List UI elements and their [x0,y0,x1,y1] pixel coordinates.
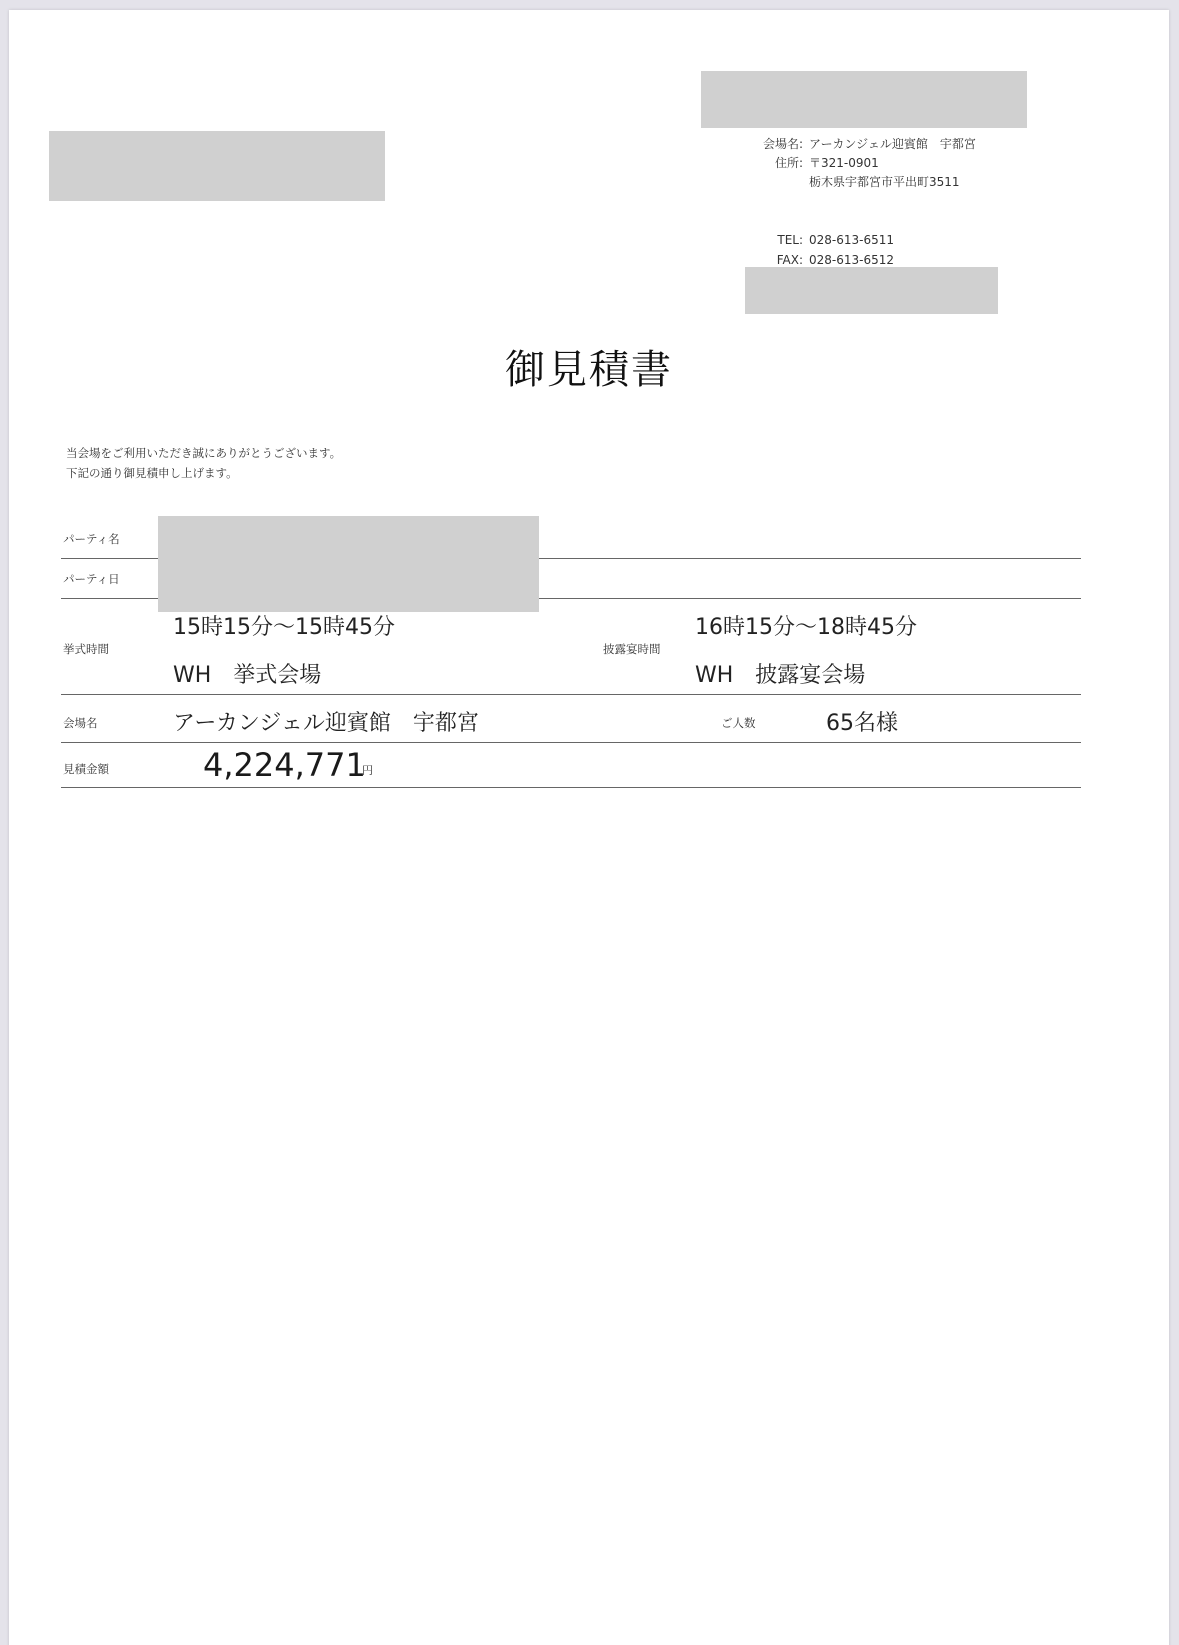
greeting-line-2: 下記の通り御見積申し上げます。 [66,463,341,483]
party-name-label: パーティ名 [63,531,120,547]
document-title: 御見積書 [9,338,1169,395]
redacted-customer-block [49,131,385,201]
guests-value: 65名様 [826,706,898,737]
redacted-logo-block [701,71,1027,128]
greeting-line-1: 当会場をご利用いただき誠にありがとうございます。 [66,443,341,463]
guests-label: ご人数 [721,715,756,731]
tel-value: 028-613-6511 [809,230,894,250]
divider [61,742,1081,743]
estimate-page: 会場名: アーカンジェル迎賓館 宇都宮 住所: 〒321-0901 栃木県宇都宮… [9,10,1169,1645]
address-label: 住所: [723,154,809,173]
greeting: 当会場をご利用いただき誠にありがとうございます。 下記の通り御見積申し上げます。 [66,443,341,483]
estimate-amount: 4,224,771 [203,746,366,784]
redacted-party-info [158,516,539,612]
venue-name-value: アーカンジェル迎賓館 宇都宮 [809,135,976,154]
fax-value: 028-613-6512 [809,250,894,270]
venue-name-label: 会場名: [723,135,809,154]
divider [61,787,1081,788]
address-value: 栃木県宇都宮市平出町3511 [809,173,960,192]
reception-time-label: 披露宴時間 [603,641,661,657]
divider [61,694,1081,695]
tel-label: TEL: [723,230,809,250]
estimate-label: 見積金額 [63,761,109,777]
ceremony-time-label: 挙式時間 [63,641,109,657]
venue-info: 会場名: アーカンジェル迎賓館 宇都宮 住所: 〒321-0901 栃木県宇都宮… [723,135,976,192]
ceremony-time: 15時15分～15時45分 [173,610,395,641]
venue-label: 会場名 [63,715,98,731]
reception-place: WH 披露宴会場 [695,658,865,689]
ceremony-place: WH 挙式会場 [173,658,321,689]
venue-value: アーカンジェル迎賓館 宇都宮 [173,706,479,737]
postal-code: 〒321-0901 [809,154,879,173]
redacted-staff-block [745,267,998,314]
party-date-label: パーティ日 [63,571,120,587]
currency-unit: 円 [362,762,373,778]
reception-time: 16時15分～18時45分 [695,610,917,641]
fax-label: FAX: [723,250,809,270]
venue-contact: TEL: 028-613-6511 FAX: 028-613-6512 [723,230,894,270]
